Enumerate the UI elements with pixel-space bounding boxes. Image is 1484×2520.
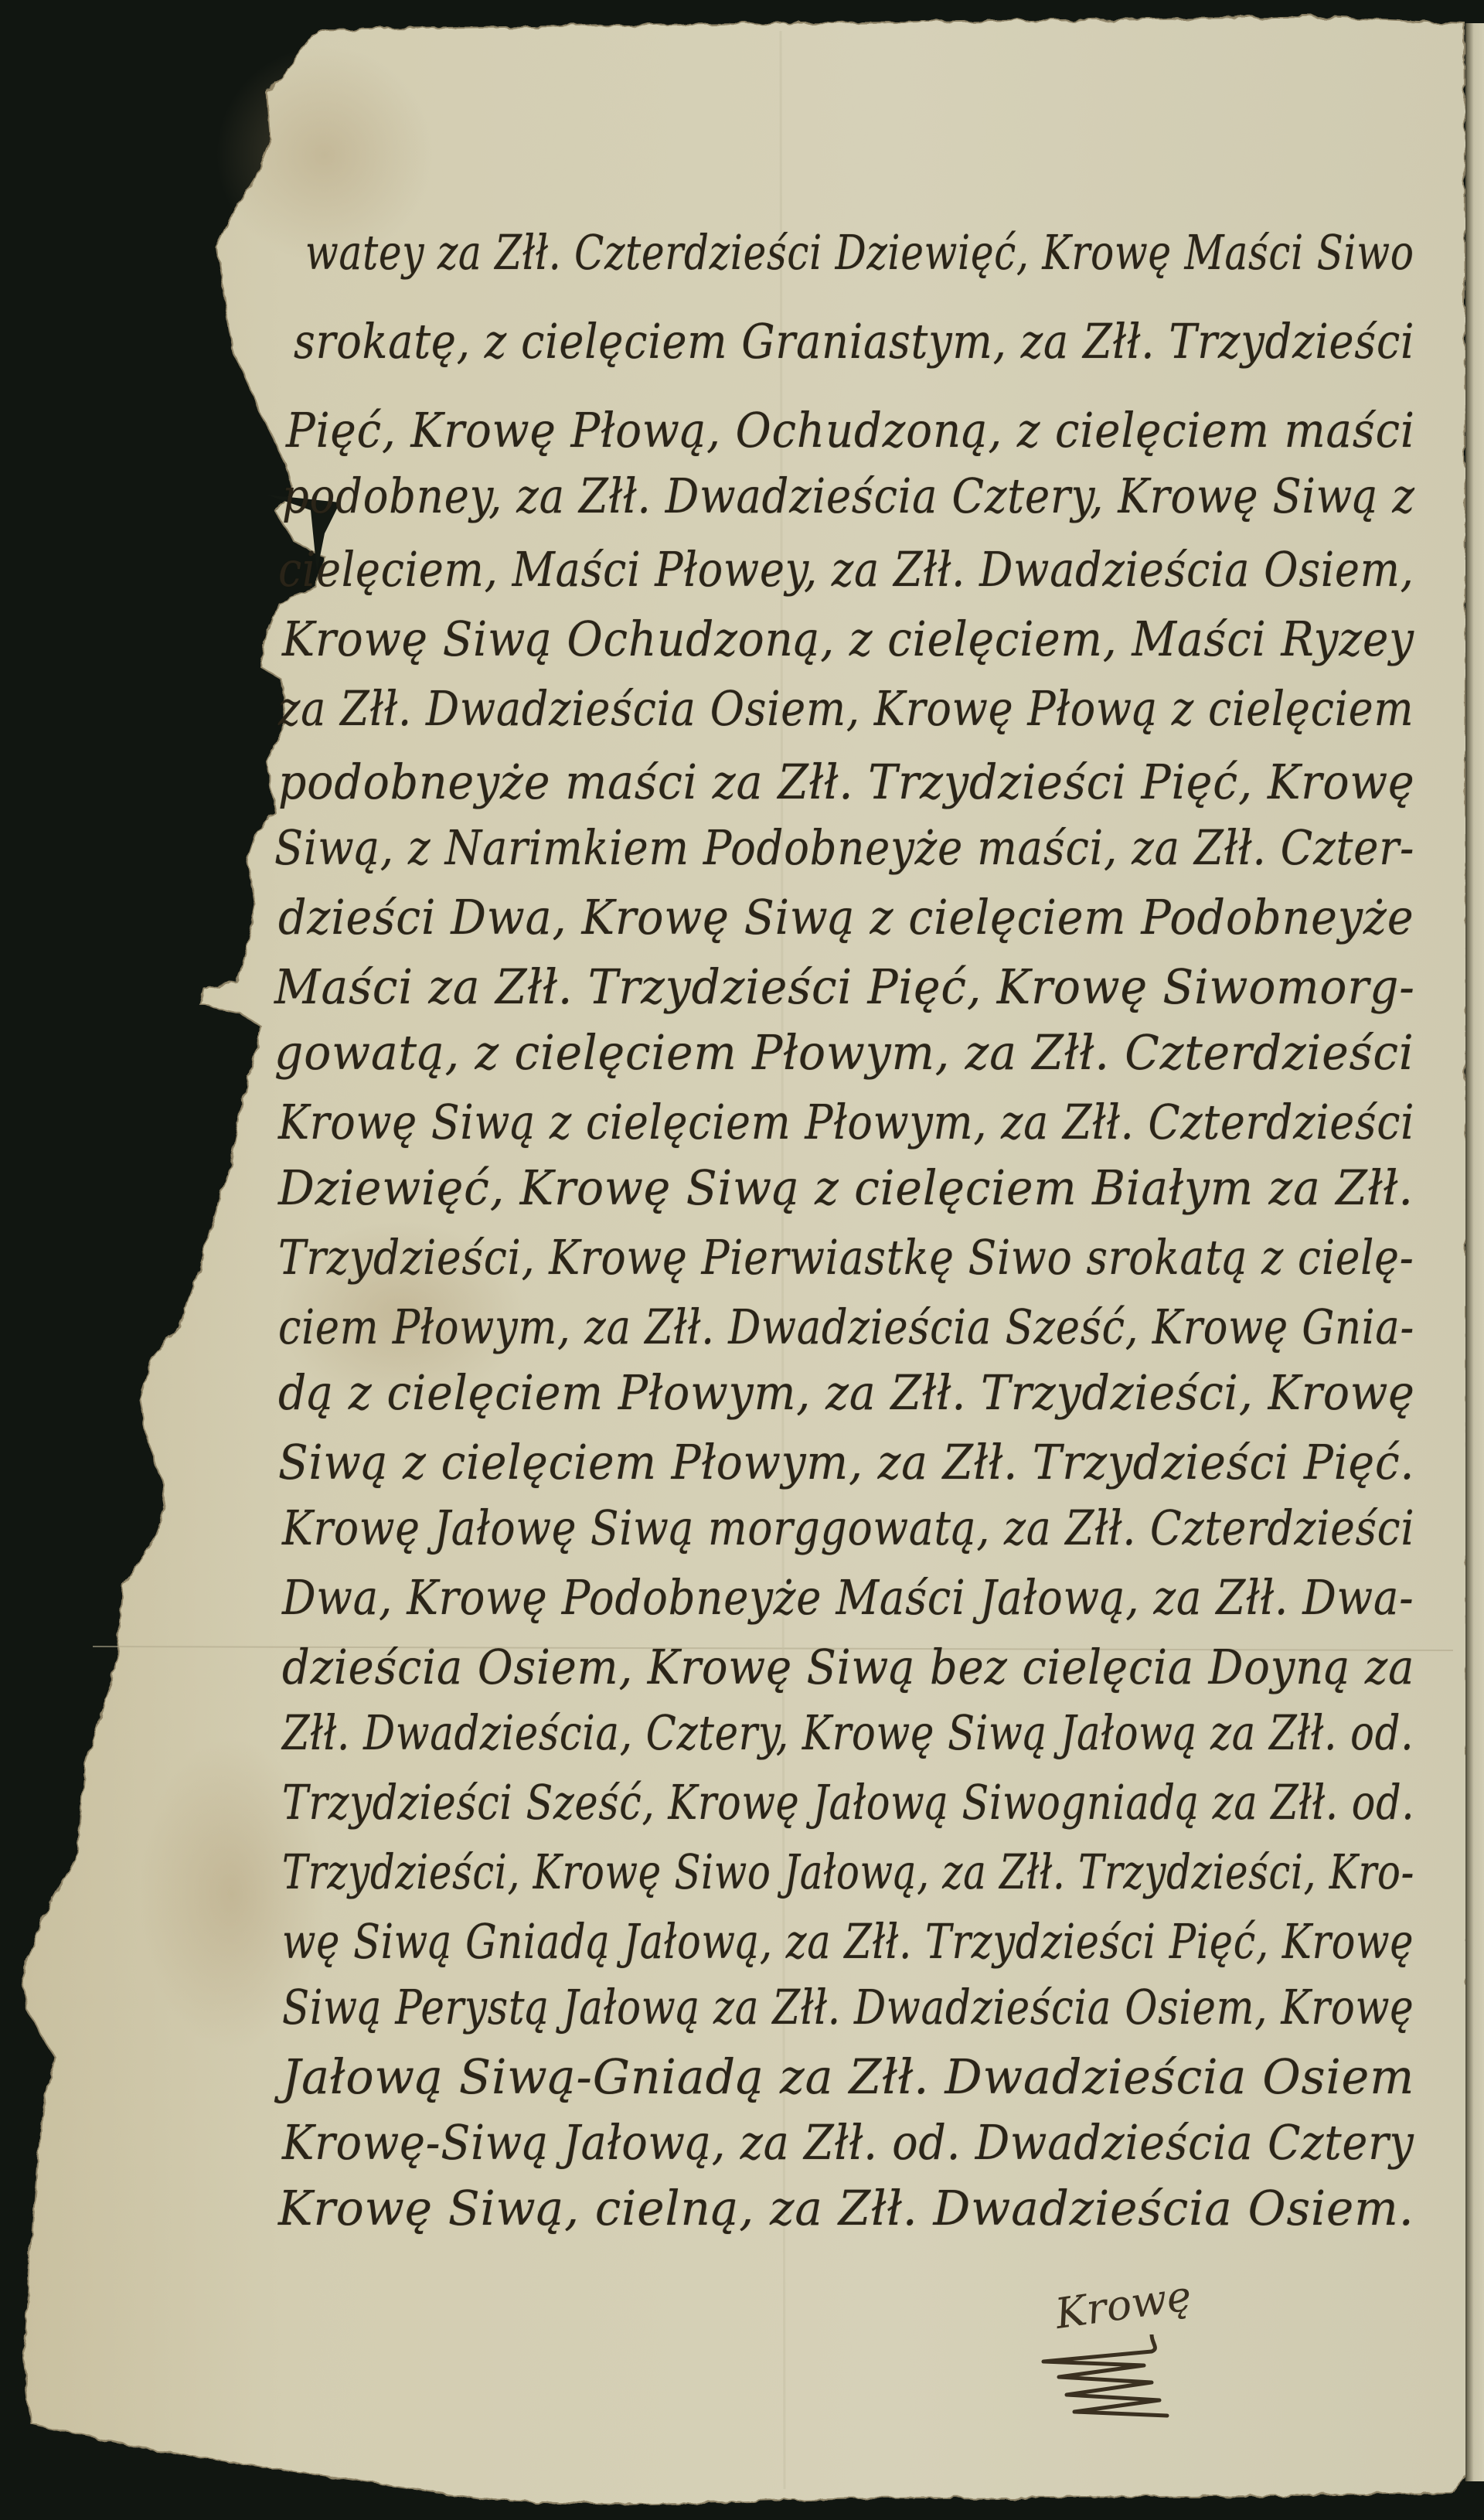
manuscript-line: srokatę, z cielęciem Graniastym, za Złł.… — [294, 313, 1414, 369]
manuscript-line: za Złł. Dwadzieścia Osiem, Krowę Płową z… — [278, 680, 1414, 737]
manuscript-line: watey za Złł. Czterdzieści Dziewięć, Kro… — [305, 224, 1414, 281]
handwritten-text: watey za Złł. Czterdzieści Dziewięć, Kro… — [0, 0, 1484, 2520]
manuscript-line: cielęciem, Maści Płowey, za Złł. Dwadzie… — [278, 541, 1414, 598]
catchword: Krowę — [1052, 2271, 1194, 2338]
manuscript-line: ciem Płowym, za Złł. Dwadzieścia Sześć, … — [278, 1299, 1414, 1355]
manuscript-line: Dwa, Krowę Podobneyże Maści Jałową, za Z… — [282, 1569, 1414, 1626]
manuscript-line: Siwą, z Narimkiem Podobneyże maści, za Z… — [274, 819, 1414, 876]
manuscript-line: Krowę Siwą, cielną, za Złł. Dwadzieścia … — [278, 2180, 1414, 2236]
manuscript-page: watey za Złł. Czterdzieści Dziewięć, Kro… — [0, 0, 1484, 2520]
flourish-icon — [1036, 2334, 1190, 2420]
manuscript-line: Krowę Siwą z cielęciem Płowym, za Złł. C… — [278, 1094, 1414, 1150]
manuscript-line: Krowę-Siwą Jałową, za Złł. od. Dwadzieśc… — [282, 2114, 1414, 2171]
manuscript-line: Trzydzieści, Krowę Pierwiastkę Siwo srok… — [278, 1229, 1414, 1286]
manuscript-line: Krowę Siwą Ochudzoną, z cielęciem, Maści… — [282, 611, 1414, 667]
manuscript-line: Siwą z cielęciem Płowym, za Złł. Trzydzi… — [278, 1434, 1414, 1490]
manuscript-line: podobneyże maści za Złł. Trzydzieści Pię… — [278, 754, 1415, 810]
manuscript-line: Siwą Perystą Jałową za Złł. Dwadzieścia … — [282, 1979, 1414, 2035]
manuscript-line: dą z cielęciem Płowym, za Złł. Trzydzieś… — [278, 1364, 1415, 1421]
manuscript-line: Złł. Dwadzieścia, Cztery, Krowę Siwą Jał… — [282, 1704, 1414, 1761]
manuscript-line: wę Siwą Gniadą Jałową, za Złł. Trzydzieś… — [282, 1913, 1414, 1970]
manuscript-line: Trzydzieści Sześć, Krowę Jałową Siwognia… — [282, 1774, 1414, 1830]
manuscript-line: Krowę Jałowę Siwą morggowatą, za Złł. Cz… — [282, 1500, 1414, 1556]
manuscript-line: Trzydzieści, Krowę Siwo Jałową, za Złł. … — [282, 1844, 1414, 1900]
manuscript-line: gowatą, z cielęciem Płowym, za Złł. Czte… — [274, 1024, 1414, 1081]
manuscript-line: dzieści Dwa, Krowę Siwą z cielęciem Podo… — [278, 889, 1414, 945]
manuscript-line: podobney, za Złł. Dwadzieścia Cztery, Kr… — [282, 468, 1415, 524]
manuscript-line: dzieścia Osiem, Krowę Siwą bez cielęcia … — [282, 1639, 1414, 1695]
manuscript-line: Maści za Złł. Trzydzieści Pięć, Krowę Si… — [274, 959, 1415, 1015]
manuscript-line: Dziewięć, Krowę Siwą z cielęciem Białym … — [278, 1160, 1414, 1216]
manuscript-line: Pięć, Krowę Płową, Ochudzoną, z cielęcie… — [286, 402, 1415, 458]
manuscript-line: Jałową Siwą-Gniadą za Złł. Dwadzieścia O… — [282, 2048, 1414, 2105]
